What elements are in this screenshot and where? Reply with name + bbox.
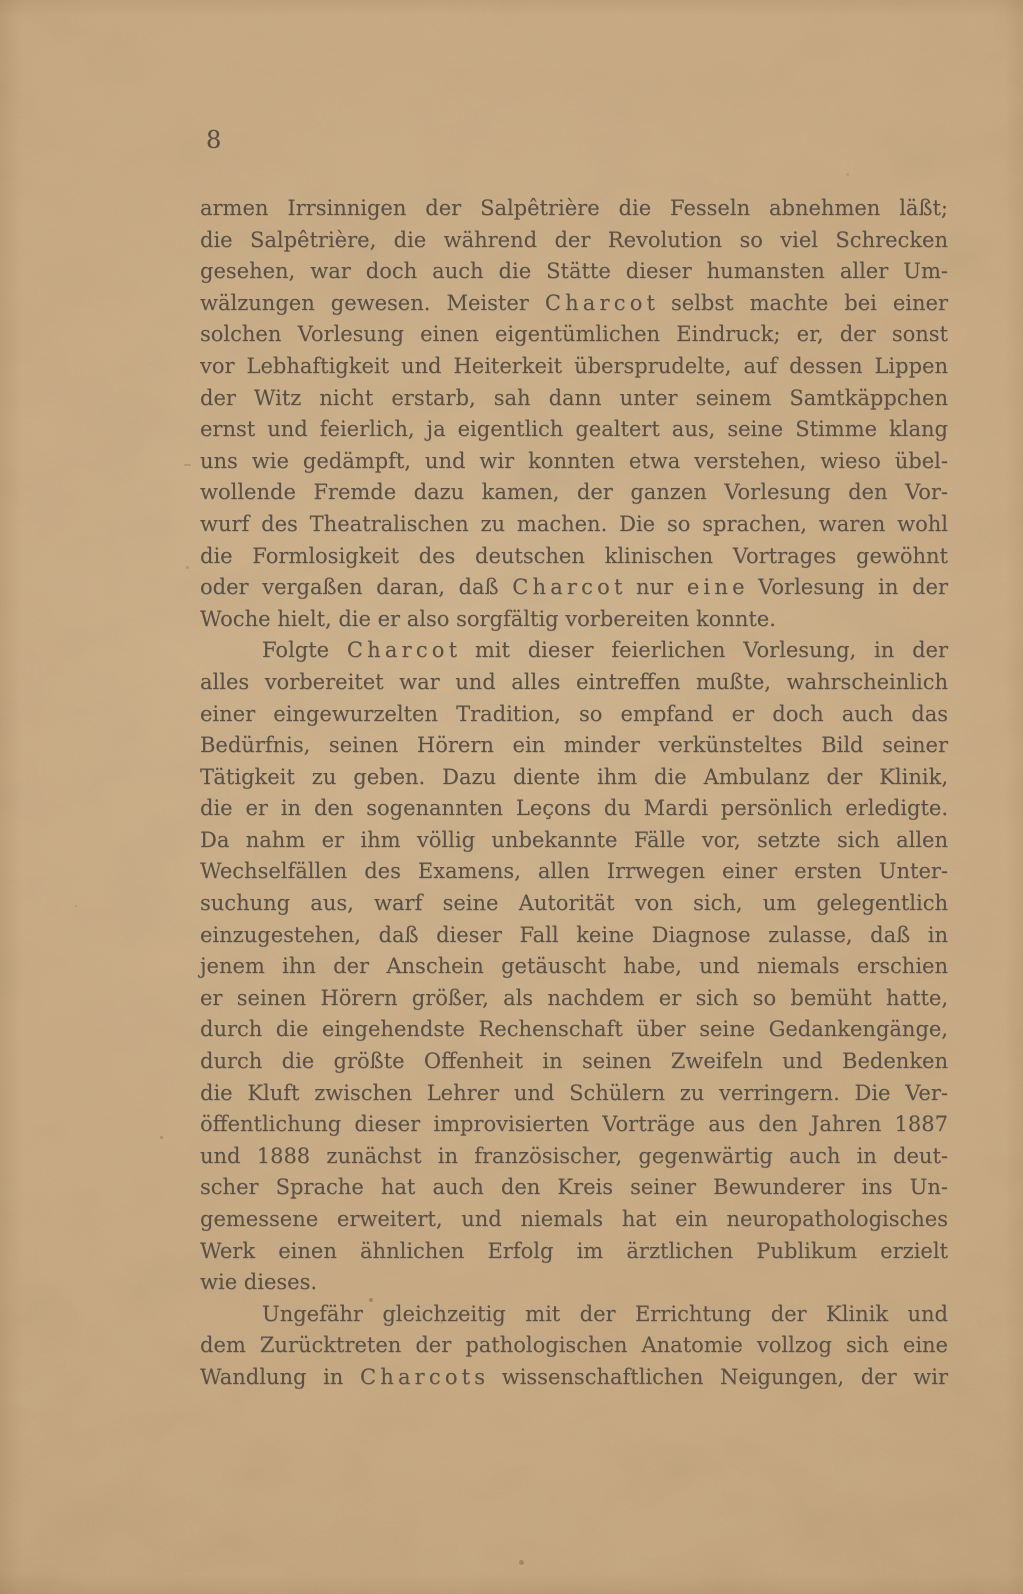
text-line: Folgte C h a r c o t mit dieser feierlic…	[200, 635, 948, 667]
text-line: er seinen Hörern größer, als nachdem er …	[200, 983, 948, 1015]
text-line: ernst und feierlich, ja eigentlich gealt…	[200, 414, 948, 446]
paper-speck	[160, 1136, 163, 1139]
paper-speck	[184, 464, 191, 466]
text-line: durch die größte Offenheit in seinen Zwe…	[200, 1046, 948, 1078]
text-line: einzugestehen, daß dieser Fall keine Dia…	[200, 920, 948, 952]
text-line: solchen Vorlesung einen eigentümlichen E…	[200, 319, 948, 351]
page-text: armen Irrsinnigen der Salpêtrière die Fe…	[200, 193, 948, 1394]
page-number: 8	[206, 126, 222, 154]
text-line: dem Zurücktreten der pathologischen Anat…	[200, 1330, 948, 1362]
text-line: Tätigkeit zu geben. Dazu diente ihm die …	[200, 762, 948, 794]
text-line: Bedürfnis, seinen Hörern ein minder verk…	[200, 730, 948, 762]
text-line: die Kluft zwischen Lehrer und Schülern z…	[200, 1078, 948, 1110]
paper-speck	[186, 566, 189, 569]
text-line: armen Irrsinnigen der Salpêtrière die Fe…	[200, 193, 948, 225]
text-line: wie dieses.	[200, 1267, 948, 1299]
text-line: oder vergaßen daran, daß C h a r c o t n…	[200, 572, 948, 604]
paper-speck	[846, 173, 849, 176]
text-line: wälzungen gewesen. Meister C h a r c o t…	[200, 288, 948, 320]
text-line: der Witz nicht erstarb, sah dann unter s…	[200, 383, 948, 415]
text-line: die er in den sogenannten Leçons du Mard…	[200, 793, 948, 825]
text-line: die Formlosigkeit des deutschen klinisch…	[200, 541, 948, 573]
text-line: und 1888 zunächst in französischer, gege…	[200, 1141, 948, 1173]
text-line: einer eingewurzelten Tradition, so empfa…	[200, 699, 948, 731]
text-line: Wandlung in C h a r c o t s wissenschaft…	[200, 1362, 948, 1394]
text-line: Da nahm er ihm völlig unbekannte Fälle v…	[200, 825, 948, 857]
text-line: Wechselfällen des Examens, allen Irrwege…	[200, 856, 948, 888]
text-line: die Salpêtrière, die während der Revolut…	[200, 225, 948, 257]
text-line: uns wie gedämpft, und wir konnten etwa v…	[200, 446, 948, 478]
text-line: vor Lebhaftigkeit und Heiterkeit überspr…	[200, 351, 948, 383]
text-line: scher Sprache hat auch den Kreis seiner …	[200, 1172, 948, 1204]
text-line: Ungefähr gleichzeitig mit der Errichtung…	[200, 1299, 948, 1331]
book-page-scan: 8 armen Irrsinnigen der Salpêtrière die …	[0, 0, 1023, 1594]
paper-speck	[75, 905, 77, 907]
text-line: Werk einen ähnlichen Erfolg im ärztliche…	[200, 1236, 948, 1268]
text-line: wurf des Theatralischen zu machen. Die s…	[200, 509, 948, 541]
paper-speck	[519, 1560, 524, 1565]
text-line: alles vorbereitet war und alles eintreff…	[200, 667, 948, 699]
text-line: öffentlichung dieser improvisierten Vort…	[200, 1109, 948, 1141]
text-line: wollende Fremde dazu kamen, der ganzen V…	[200, 477, 948, 509]
text-line: jenem ihn der Anschein getäuscht habe, u…	[200, 951, 948, 983]
text-line: gemessene erweitert, und niemals hat ein…	[200, 1204, 948, 1236]
text-line: durch die eingehendste Rechenschaft über…	[200, 1014, 948, 1046]
text-line: suchung aus, warf seine Autorität von si…	[200, 888, 948, 920]
text-line: Woche hielt, die er also sorgfältig vorb…	[200, 604, 948, 636]
text-line: gesehen, war doch auch die Stätte dieser…	[200, 256, 948, 288]
